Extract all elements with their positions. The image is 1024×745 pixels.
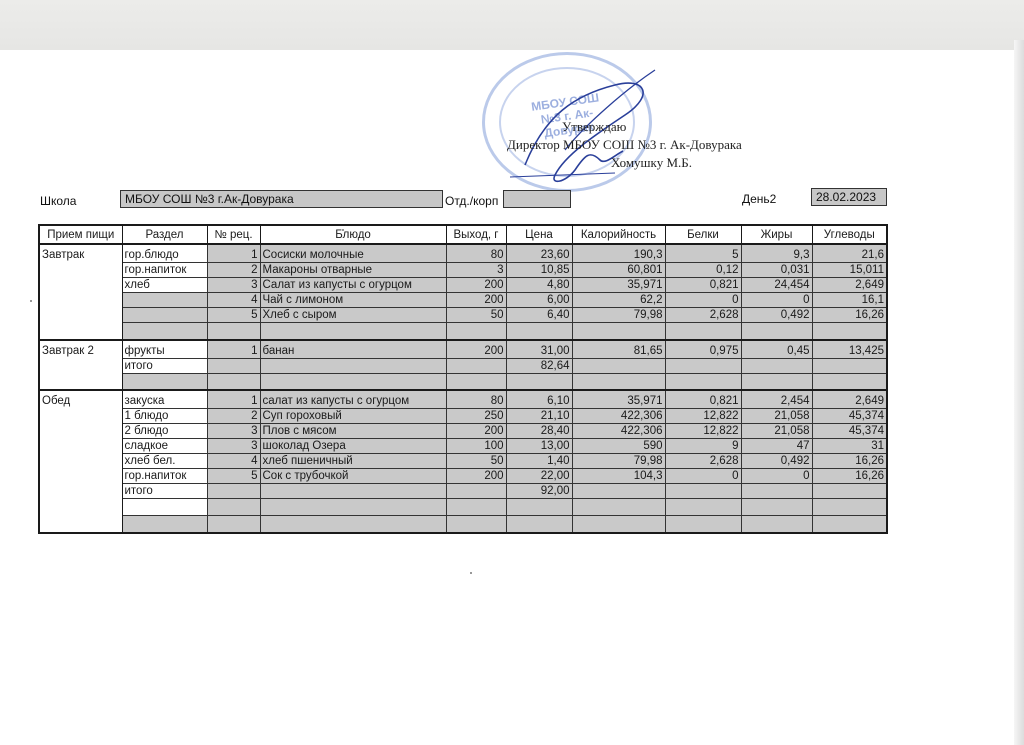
table-row: Завтрак 2фрукты1банан20031,0081,650,9750… [39, 340, 887, 359]
cell-fat: 0,492 [741, 308, 812, 323]
dept-field[interactable] [503, 190, 571, 208]
cell-section: 2 блюдо [122, 424, 207, 439]
cell-protein [665, 516, 741, 533]
day-label: День2 [742, 192, 776, 206]
cell-section: гор.напиток [122, 469, 207, 484]
table-row [39, 323, 887, 340]
cell-protein: 0,12 [665, 263, 741, 278]
cell-price: 23,60 [506, 244, 572, 263]
cell-fat: 24,454 [741, 278, 812, 293]
cell-protein: 2,628 [665, 308, 741, 323]
cell-kcal: 60,801 [572, 263, 665, 278]
column-header-dish: Блюдо [260, 225, 446, 244]
cell-fat: 2,454 [741, 390, 812, 409]
cell-protein: 12,822 [665, 409, 741, 424]
cell-price: 4,80 [506, 278, 572, 293]
cell-section: итого [122, 484, 207, 499]
school-label: Школа [40, 194, 76, 208]
cell-carbs: 45,374 [812, 424, 887, 439]
approval-title: Утверждаю [562, 119, 626, 135]
meal-name-cell: Обед [39, 390, 122, 533]
cell-kcal [572, 484, 665, 499]
cell-section: хлеб бел. [122, 454, 207, 469]
approval-position: Директор МБОУ СОШ №3 г. Ак-Довурака [507, 137, 742, 153]
cell-dish: Макароны отварные [260, 263, 446, 278]
meal-name-cell: Завтрак [39, 244, 122, 340]
cell-fat: 21,058 [741, 424, 812, 439]
cell-protein [665, 499, 741, 516]
cell-rec [207, 373, 260, 390]
dept-label: Отд./корп [445, 194, 498, 208]
cell-kcal: 422,306 [572, 424, 665, 439]
cell-yield: 200 [446, 278, 506, 293]
cell-fat [741, 499, 812, 516]
cell-carbs: 16,26 [812, 469, 887, 484]
cell-yield: 250 [446, 409, 506, 424]
cell-section [122, 323, 207, 340]
cell-price: 13,00 [506, 439, 572, 454]
cell-carbs [812, 358, 887, 373]
cell-price [506, 516, 572, 533]
cell-dish: Чай с лимоном [260, 293, 446, 308]
cell-carbs: 16,26 [812, 454, 887, 469]
cell-kcal [572, 323, 665, 340]
cell-fat: 0,492 [741, 454, 812, 469]
cell-dish [260, 516, 446, 533]
cell-rec: 1 [207, 244, 260, 263]
table-row: хлеб3Салат из капусты с огурцом2004,8035… [39, 278, 887, 293]
cell-price: 10,85 [506, 263, 572, 278]
table-header-row: Прием пищиРаздел№ рец.БлюдоВыход, гЦенаК… [39, 225, 887, 244]
meal-name-cell: Завтрак 2 [39, 340, 122, 391]
column-header-section: Раздел [122, 225, 207, 244]
cell-carbs: 2,649 [812, 390, 887, 409]
column-header-rec: № рец. [207, 225, 260, 244]
cell-yield [446, 516, 506, 533]
cell-fat: 47 [741, 439, 812, 454]
cell-section [122, 293, 207, 308]
approval-name: Хомушку М.Б. [611, 155, 692, 171]
cell-protein: 12,822 [665, 424, 741, 439]
cell-protein [665, 323, 741, 340]
cell-carbs: 13,425 [812, 340, 887, 359]
column-header-carbs: Углеводы [812, 225, 887, 244]
cell-section [122, 373, 207, 390]
column-header-fat: Жиры [741, 225, 812, 244]
cell-dish: хлеб пшеничный [260, 454, 446, 469]
date-field[interactable]: 28.02.2023 [811, 188, 887, 206]
cell-section [122, 308, 207, 323]
cell-dish [260, 484, 446, 499]
cell-fat [741, 373, 812, 390]
cell-yield: 200 [446, 469, 506, 484]
column-header-protein: Белки [665, 225, 741, 244]
cell-yield [446, 323, 506, 340]
cell-rec [207, 484, 260, 499]
column-header-yield: Выход, г [446, 225, 506, 244]
column-header-price: Цена [506, 225, 572, 244]
table-row: 1 блюдо2Суп гороховый25021,10422,30612,8… [39, 409, 887, 424]
table-row: итого92,00 [39, 484, 887, 499]
cell-price: 28,40 [506, 424, 572, 439]
table-row: итого82,64 [39, 358, 887, 373]
cell-yield [446, 499, 506, 516]
table-row [39, 516, 887, 533]
table-row: гор.напиток5Сок с трубочкой20022,00104,3… [39, 469, 887, 484]
cell-dish [260, 358, 446, 373]
cell-kcal: 422,306 [572, 409, 665, 424]
cell-kcal: 79,98 [572, 454, 665, 469]
cell-section: гор.напиток [122, 263, 207, 278]
table-row: 2 блюдо3Плов с мясом20028,40422,30612,82… [39, 424, 887, 439]
cell-carbs: 16,26 [812, 308, 887, 323]
cell-rec [207, 323, 260, 340]
cell-kcal: 62,2 [572, 293, 665, 308]
cell-kcal [572, 358, 665, 373]
cell-section: хлеб [122, 278, 207, 293]
column-header-kcal: Калорийность [572, 225, 665, 244]
cell-section: гор.блюдо [122, 244, 207, 263]
cell-kcal: 104,3 [572, 469, 665, 484]
cell-yield: 50 [446, 308, 506, 323]
cell-dish [260, 499, 446, 516]
scan-edge-right [1014, 40, 1024, 745]
cell-rec [207, 358, 260, 373]
cell-price: 6,10 [506, 390, 572, 409]
cell-protein: 2,628 [665, 454, 741, 469]
cell-yield: 80 [446, 390, 506, 409]
cell-kcal: 590 [572, 439, 665, 454]
cell-carbs [812, 323, 887, 340]
cell-carbs [812, 499, 887, 516]
cell-dish: шоколад Озера [260, 439, 446, 454]
cell-yield: 200 [446, 424, 506, 439]
table-row [39, 499, 887, 516]
cell-protein [665, 484, 741, 499]
cell-protein [665, 358, 741, 373]
cell-kcal: 190,3 [572, 244, 665, 263]
cell-kcal: 81,65 [572, 340, 665, 359]
cell-price: 6,00 [506, 293, 572, 308]
cell-carbs: 2,649 [812, 278, 887, 293]
table-row: 5Хлеб с сыром506,4079,982,6280,49216,26 [39, 308, 887, 323]
cell-rec: 2 [207, 409, 260, 424]
cell-price [506, 373, 572, 390]
menu-table: Прием пищиРаздел№ рец.БлюдоВыход, гЦенаК… [38, 224, 888, 534]
cell-kcal [572, 373, 665, 390]
cell-yield: 50 [446, 454, 506, 469]
cell-dish: Салат из капусты с огурцом [260, 278, 446, 293]
cell-section [122, 516, 207, 533]
cell-dish [260, 373, 446, 390]
cell-yield [446, 373, 506, 390]
cell-dish: Плов с мясом [260, 424, 446, 439]
cell-kcal: 79,98 [572, 308, 665, 323]
table-row: сладкое3шоколад Озера10013,0059094731 [39, 439, 887, 454]
cell-rec: 3 [207, 278, 260, 293]
cell-protein: 0 [665, 469, 741, 484]
cell-protein: 0,821 [665, 278, 741, 293]
cell-price [506, 323, 572, 340]
cell-rec: 3 [207, 439, 260, 454]
cell-protein: 9 [665, 439, 741, 454]
cell-section [122, 499, 207, 516]
table-row: Обедзакуска1салат из капусты с огурцом80… [39, 390, 887, 409]
table-row: хлеб бел.4хлеб пшеничный501,4079,982,628… [39, 454, 887, 469]
cell-rec: 4 [207, 454, 260, 469]
cell-kcal: 35,971 [572, 390, 665, 409]
cell-carbs: 31 [812, 439, 887, 454]
cell-protein: 0,821 [665, 390, 741, 409]
cell-dish: салат из капусты с огурцом [260, 390, 446, 409]
cell-carbs: 45,374 [812, 409, 887, 424]
cell-yield: 3 [446, 263, 506, 278]
cell-kcal [572, 499, 665, 516]
table-row [39, 373, 887, 390]
cell-carbs [812, 373, 887, 390]
cell-rec [207, 499, 260, 516]
cell-rec: 1 [207, 340, 260, 359]
cell-fat [741, 358, 812, 373]
cell-rec: 5 [207, 308, 260, 323]
cell-protein: 0,975 [665, 340, 741, 359]
cell-price: 31,00 [506, 340, 572, 359]
cell-protein [665, 373, 741, 390]
cell-section: фрукты [122, 340, 207, 359]
cell-dish: Сосиски молочные [260, 244, 446, 263]
cell-section: итого [122, 358, 207, 373]
cell-price: 6,40 [506, 308, 572, 323]
cell-price: 22,00 [506, 469, 572, 484]
cell-dish: Сок с трубочкой [260, 469, 446, 484]
cell-yield: 200 [446, 340, 506, 359]
cell-yield [446, 484, 506, 499]
cell-fat: 0,45 [741, 340, 812, 359]
cell-rec: 4 [207, 293, 260, 308]
cell-kcal [572, 516, 665, 533]
cell-carbs [812, 516, 887, 533]
table-row: 4Чай с лимоном2006,0062,20016,1 [39, 293, 887, 308]
cell-carbs [812, 484, 887, 499]
cell-price [506, 499, 572, 516]
cell-yield: 100 [446, 439, 506, 454]
cell-dish: Хлеб с сыром [260, 308, 446, 323]
column-header-meal: Прием пищи [39, 225, 122, 244]
school-field[interactable]: МБОУ СОШ №3 г.Ак-Довурака [120, 190, 443, 208]
cell-section: сладкое [122, 439, 207, 454]
cell-rec: 5 [207, 469, 260, 484]
cell-yield: 80 [446, 244, 506, 263]
cell-section: 1 блюдо [122, 409, 207, 424]
cell-carbs: 15,011 [812, 263, 887, 278]
cell-rec: 3 [207, 424, 260, 439]
cell-fat: 21,058 [741, 409, 812, 424]
cell-dish: Суп гороховый [260, 409, 446, 424]
cell-fat [741, 484, 812, 499]
cell-carbs: 16,1 [812, 293, 887, 308]
cell-fat: 9,3 [741, 244, 812, 263]
cell-price: 21,10 [506, 409, 572, 424]
cell-protein: 0 [665, 293, 741, 308]
cell-yield [446, 358, 506, 373]
cell-protein: 5 [665, 244, 741, 263]
cell-section: закуска [122, 390, 207, 409]
cell-rec: 1 [207, 390, 260, 409]
cell-price: 82,64 [506, 358, 572, 373]
cell-rec: 2 [207, 263, 260, 278]
scan-edge-top [0, 0, 1024, 50]
cell-price: 1,40 [506, 454, 572, 469]
cell-kcal: 35,971 [572, 278, 665, 293]
cell-fat: 0 [741, 293, 812, 308]
cell-rec [207, 516, 260, 533]
cell-fat [741, 516, 812, 533]
cell-price: 92,00 [506, 484, 572, 499]
cell-dish [260, 323, 446, 340]
cell-yield: 200 [446, 293, 506, 308]
cell-carbs: 21,6 [812, 244, 887, 263]
table-row: Завтракгор.блюдо1Сосиски молочные8023,60… [39, 244, 887, 263]
cell-fat [741, 323, 812, 340]
cell-dish: банан [260, 340, 446, 359]
cell-fat: 0,031 [741, 263, 812, 278]
table-row: гор.напиток2Макароны отварные310,8560,80… [39, 263, 887, 278]
cell-fat: 0 [741, 469, 812, 484]
